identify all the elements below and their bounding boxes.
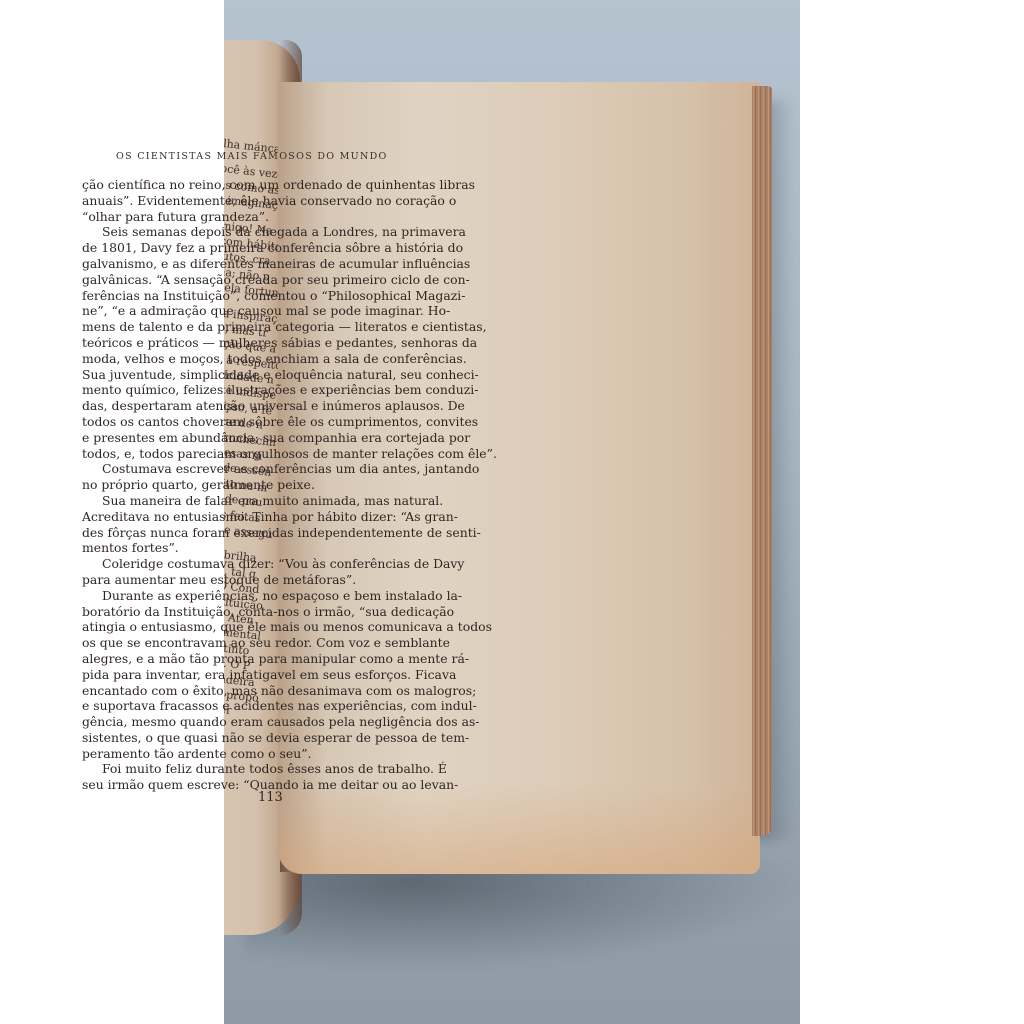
text-line: de 1801, Davy fez a primeira conferência… bbox=[82, 240, 442, 256]
page-edges bbox=[752, 86, 772, 836]
text-line: des fôrças nunca foram exercidas indepen… bbox=[82, 525, 442, 541]
text-line: mens de talento e da primeira categoria … bbox=[82, 319, 442, 335]
text-line: mentos fortes”. bbox=[82, 540, 442, 556]
text-line: ção científica no reino, com um ordenado… bbox=[82, 177, 442, 193]
text-line: anuais”. Evidentemente, êle havia conser… bbox=[82, 193, 442, 209]
text-line: encantado com o êxito, mas não desanimav… bbox=[82, 683, 442, 699]
text-line: mento químico, felizes ilustrações e exp… bbox=[82, 382, 442, 398]
text-line: e suportava fracassos e acidentes nas ex… bbox=[82, 698, 442, 714]
text-line: moda, velhos e moços, todos enchiam a sa… bbox=[82, 351, 442, 367]
text-line: gência, mesmo quando eram causados pela … bbox=[82, 714, 442, 730]
page-body-text: ção científica no reino, com um ordenado… bbox=[82, 177, 442, 793]
text-line: e presentes em abundância; sua companhia… bbox=[82, 430, 442, 446]
text-line: alegres, e a mão tão pronta para manipul… bbox=[82, 651, 442, 667]
text-line: peramento tão ardente como o seu”. bbox=[82, 746, 442, 762]
page-number: 113 bbox=[258, 790, 283, 805]
text-line: das, despertaram atenção universal e inú… bbox=[82, 398, 442, 414]
text-line: galvanismo, e as diferentes maneiras de … bbox=[82, 256, 442, 272]
text-line: Sua maneira de falar era muito animada, … bbox=[82, 493, 442, 509]
text-line: todos os cantos choveram sôbre êle os cu… bbox=[82, 414, 442, 430]
text-line: Costumava escrever as conferências um di… bbox=[82, 461, 442, 477]
text-line: “olhar para futura grandeza”. bbox=[82, 209, 442, 225]
text-line: ferências na Instituição”, comentou o “P… bbox=[82, 288, 442, 304]
text-line: Durante as experiências, no espaçoso e b… bbox=[82, 588, 442, 604]
text-line: os que se encontravam ao seu redor. Com … bbox=[82, 635, 442, 651]
text-line: para aumentar meu estoque de metáforas”. bbox=[82, 572, 442, 588]
text-line: Coleridge costumava dizer: “Vou às confe… bbox=[82, 556, 442, 572]
text-line: galvânicas. “A sensação creada por seu p… bbox=[82, 272, 442, 288]
text-line: Seis semanas depois da chegada a Londres… bbox=[82, 224, 442, 240]
text-line: ne”, “e a admiração que causou mal se po… bbox=[82, 303, 442, 319]
text-line: Acreditava no entusiasmo. Tinha por hábi… bbox=[82, 509, 442, 525]
text-line: Sua juventude, simplicidade e eloquência… bbox=[82, 367, 442, 383]
text-line: pida para inventar, era infatigavel em s… bbox=[82, 667, 442, 683]
text-line: todos, e, todos pareciam orgulhosos de m… bbox=[82, 446, 442, 462]
text-line: atingia o entusiasmo, que êle mais ou me… bbox=[82, 619, 442, 635]
book-shadow bbox=[244, 860, 800, 970]
text-line: boratório da Instituição, conta-nos o ir… bbox=[82, 604, 442, 620]
text-line: teóricos e práticos — mulheres sábias e … bbox=[82, 335, 442, 351]
text-line: no próprio quarto, geralmente peixe. bbox=[82, 477, 442, 493]
running-head: OS CIENTISTAS MAIS FAMOSOS DO MUNDO bbox=[116, 151, 516, 162]
text-line: sistentes, o que quasi não se devia espe… bbox=[82, 730, 442, 746]
text-line: Foi muito feliz durante todos êsses anos… bbox=[82, 761, 442, 777]
